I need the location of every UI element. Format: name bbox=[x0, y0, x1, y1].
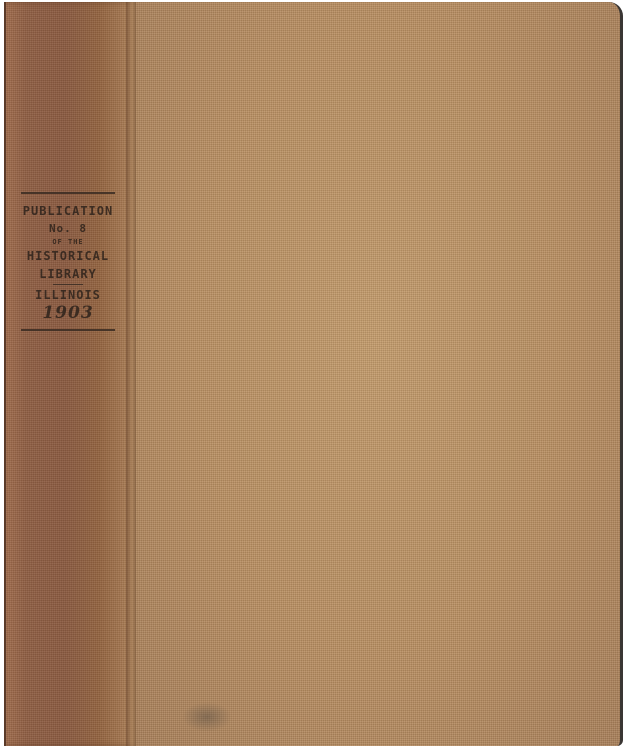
spine-library: LIBRARY bbox=[18, 267, 118, 281]
book-spine: PUBLICATION No. 8 OF THE HISTORICAL LIBR… bbox=[4, 2, 138, 746]
spine-state: ILLINOIS bbox=[18, 288, 118, 302]
rule-top bbox=[21, 192, 115, 194]
spine-title: PUBLICATION bbox=[18, 204, 118, 218]
spine-label: PUBLICATION No. 8 OF THE HISTORICAL LIBR… bbox=[18, 192, 118, 331]
spine-of-the: OF THE bbox=[18, 238, 118, 246]
spine-number: No. 8 bbox=[18, 222, 118, 235]
spine-historical: HISTORICAL bbox=[18, 249, 118, 263]
book: PUBLICATION No. 8 OF THE HISTORICAL LIBR… bbox=[4, 2, 622, 748]
rule-bottom bbox=[21, 329, 115, 331]
front-cover bbox=[136, 2, 623, 746]
spine-year: 1903 bbox=[18, 303, 118, 323]
rule-divider bbox=[53, 284, 83, 285]
cover-stain bbox=[182, 702, 232, 732]
